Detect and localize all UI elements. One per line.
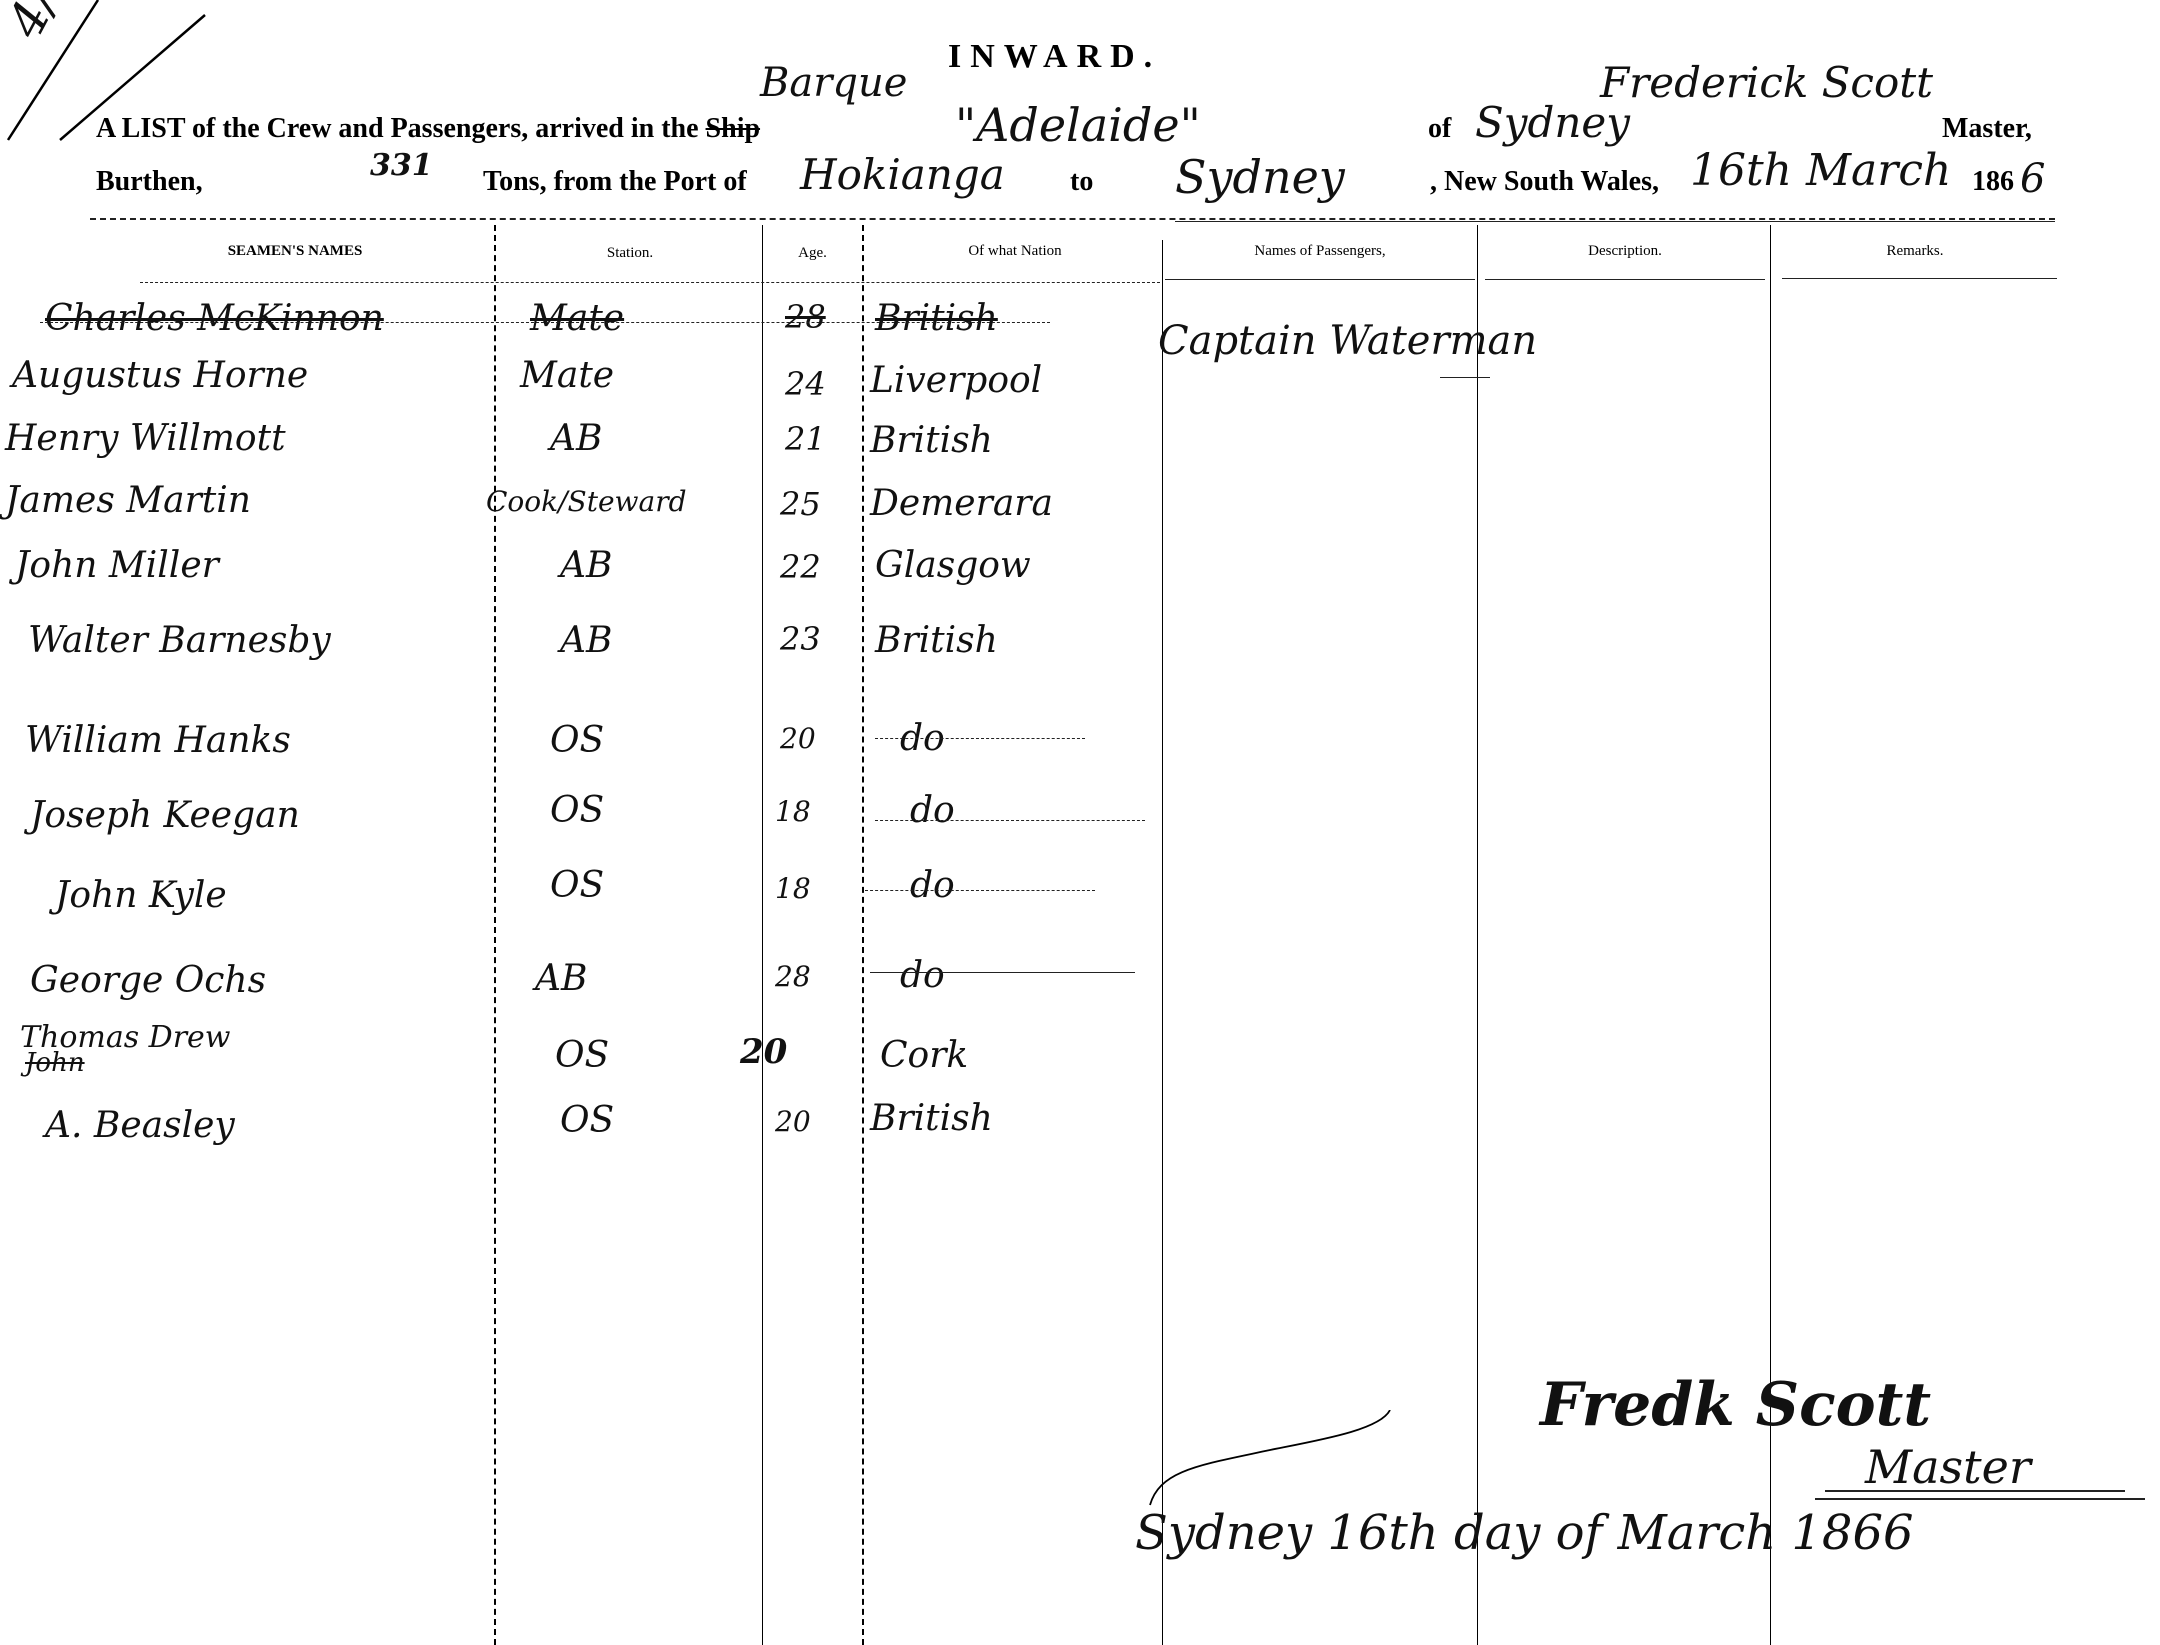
crew-station: AB <box>550 418 602 459</box>
master-label: Master, <box>1942 113 2032 145</box>
header-station: Station. <box>500 245 760 262</box>
crew-name: Joseph Keegan <box>30 795 300 836</box>
crew-nation: Cork <box>880 1035 968 1076</box>
crew-age: 28 <box>775 960 811 993</box>
header-passenger-names: Names of Passengers, <box>1170 243 1470 260</box>
description-header-bottom-rule <box>1485 279 1765 280</box>
column-divider-description <box>1477 225 1478 1645</box>
crew-station: Mate <box>530 298 624 339</box>
crew-station: Cook/Steward <box>486 485 687 518</box>
year-printed: 186 <box>1972 166 2014 198</box>
crew-age: 18 <box>775 872 811 905</box>
crew-station: Mate <box>520 355 614 396</box>
crew-age: 24 <box>785 365 826 403</box>
signature-underline <box>1825 1490 2125 1492</box>
struck-ship-word: Ship <box>706 113 761 144</box>
year-digit: 6 <box>2020 156 2045 202</box>
master-signature: Fredk Scott <box>1540 1370 1931 1440</box>
header-age: Age. <box>765 245 860 262</box>
crew-nation: Glasgow <box>875 545 1031 586</box>
vessel-name: "Adelaide" <box>955 98 1201 152</box>
passenger-name: Captain Waterman <box>1158 318 1537 364</box>
to-port: Sydney <box>1175 150 1345 204</box>
to-label: to <box>1070 166 1093 198</box>
heading-prefix: A LIST of the Crew and Passengers, arriv… <box>96 113 699 144</box>
crew-station: OS <box>550 720 604 761</box>
ditto-rule <box>870 972 1135 973</box>
crew-nation: British <box>870 1098 993 1139</box>
crew-nation: British <box>870 420 993 461</box>
tons-value: 331 <box>370 148 433 183</box>
column-divider-nation <box>862 225 864 1645</box>
signature-place-date: Sydney 16th day of March 1866 <box>1135 1505 1914 1561</box>
row-strike-rule <box>40 322 1050 323</box>
master-name: Frederick Scott <box>1600 58 1933 107</box>
crew-age: 20 <box>740 1032 787 1072</box>
passenger-header-bottom-rule <box>1165 279 1475 280</box>
arrival-date: 16th March <box>1690 145 1951 196</box>
passenger-underline <box>1440 377 1490 378</box>
header-nation: Of what Nation <box>865 243 1165 260</box>
crew-station: OS <box>560 1100 614 1141</box>
crew-station: AB <box>535 958 587 999</box>
pen-flourish-icon <box>1140 1410 1400 1510</box>
crew-name: John Miller <box>15 545 219 586</box>
crew-name: Henry Willmott <box>5 418 286 459</box>
signature-title: Master <box>1865 1440 2031 1494</box>
crew-name: Augustus Horne <box>12 355 308 396</box>
crew-name: A. Beasley <box>45 1105 235 1146</box>
crew-name: Thomas Drew <box>20 1020 230 1055</box>
crew-station: OS <box>550 790 604 831</box>
ditto-rule <box>865 890 1095 891</box>
crew-nation: do <box>910 865 955 906</box>
crew-station: OS <box>550 865 604 906</box>
crew-nation: British <box>875 620 998 661</box>
burthen-label: Burthen, <box>96 166 203 198</box>
from-port: Hokianga <box>800 150 1005 199</box>
heading-line-1: A LIST of the Crew and Passengers, arriv… <box>96 113 760 145</box>
crew-nation: do <box>910 790 955 831</box>
crew-age: 21 <box>785 420 826 458</box>
crew-age: 22 <box>780 548 821 586</box>
crew-name: Walter Barnesby <box>28 620 331 661</box>
header-top-rule <box>90 218 2055 220</box>
crew-age: 23 <box>780 620 821 658</box>
column-divider-age <box>762 225 763 1645</box>
crew-nation: Liverpool <box>870 360 1042 401</box>
crew-nation: do <box>900 955 945 996</box>
crew-header-bottom-rule <box>140 282 1160 283</box>
crew-name: James Martin <box>5 480 251 521</box>
signature-underline-2 <box>1815 1498 2145 1500</box>
crew-age: 28 <box>785 298 826 336</box>
document-title: INWARD. <box>948 38 1161 76</box>
crew-station: AB <box>560 545 612 586</box>
tons-label: Tons, from the Port of <box>483 166 747 198</box>
crew-age: 20 <box>775 1105 811 1138</box>
remarks-header-bottom-rule <box>1782 278 2057 279</box>
ditto-rule <box>875 738 1085 739</box>
vessel-type: Barque <box>760 60 907 106</box>
header-top-rule-double <box>1175 221 2055 222</box>
crew-station: OS <box>555 1035 609 1076</box>
crew-age: 20 <box>780 722 816 755</box>
header-seamens-names: SEAMEN'S NAMES <box>100 243 490 260</box>
crew-nation: British <box>875 298 998 339</box>
home-port: Sydney <box>1475 98 1630 147</box>
region-label: , New South Wales, <box>1430 166 1659 198</box>
crew-station: AB <box>560 620 612 661</box>
crew-name: William Hanks <box>25 720 291 761</box>
header-description: Description. <box>1480 243 1770 260</box>
header-remarks: Remarks. <box>1775 243 2055 260</box>
crew-name: John Kyle <box>55 875 227 916</box>
of-label: of <box>1428 113 1451 145</box>
crew-nation: Demerara <box>870 483 1053 524</box>
crew-age: 25 <box>780 485 821 523</box>
crew-name: George Ochs <box>30 960 266 1001</box>
crew-age: 18 <box>775 795 811 828</box>
ditto-rule <box>875 820 1145 821</box>
column-divider-station <box>494 225 496 1645</box>
crew-name: Charles McKinnon <box>45 298 384 339</box>
